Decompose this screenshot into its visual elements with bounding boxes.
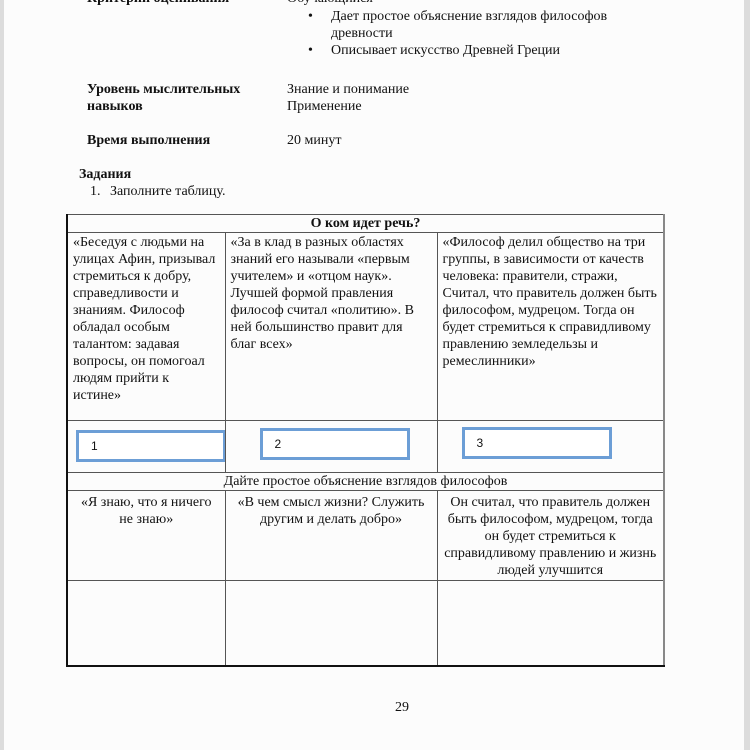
criteria-label: Критерий оценивания [87,0,229,7]
view-cell: «В чем смысл жизни? Служить другим и дел… [225,491,437,581]
duration-value: 20 минут [287,132,687,149]
task-text: Заполните таблицу. [110,184,226,199]
quote-cell: «Беседуя с людьми на улицах Афин, призыв… [67,233,225,421]
answer-cell: 3 [437,421,664,473]
empty-answer-cell[interactable] [225,581,437,666]
thinking-level-value: Знание и понимание [287,81,687,98]
criteria-bullet: Описывает искусство Древней Греции [305,42,645,59]
answer-box-3[interactable]: 3 [462,427,612,459]
view-cell: «Я знаю, что я ничего не знаю» [67,491,225,581]
duration-label: Время выполнения [87,132,277,149]
criteria-bullet-list: Дает простое объяснение взглядов философ… [305,8,645,59]
table-header: О ком идет речь? [67,215,664,233]
criteria-intro: Обучающийся [287,0,373,7]
answer-box-2[interactable]: 2 [260,428,410,460]
document-page: Критерий оценивания Обучающийся Дает про… [0,0,744,750]
empty-answer-cell[interactable] [67,581,225,666]
explain-header: Дайте простое объяснение взглядов филосо… [67,473,664,491]
page-number: 29 [0,700,744,716]
answer-cell: 1 [67,421,225,473]
tasks-title: Задания [79,167,131,183]
task-number: 1. [90,184,110,200]
thinking-level-value: Применение [287,98,687,115]
answer-box-1[interactable]: 1 [76,430,226,462]
empty-answer-cell[interactable] [437,581,664,666]
task-item: 1.Заполните таблицу. [90,184,226,200]
thinking-level-label: Уровень мыслительных навыков [87,81,277,115]
quote-cell: «Философ делил общество на три группы, в… [437,233,664,421]
quote-cell: «За в клад в разных областях знаний его … [225,233,437,421]
view-cell: Он считал, что правитель должен быть фил… [437,491,664,581]
answer-cell: 2 [225,421,437,473]
thinking-level-values: Знание и понимание Применение [287,81,687,115]
philosophers-table: О ком идет речь? «Беседуя с людьми на ул… [66,214,665,667]
scrollbar-right[interactable] [744,0,750,750]
criteria-bullet: Дает простое объяснение взглядов философ… [305,8,645,42]
